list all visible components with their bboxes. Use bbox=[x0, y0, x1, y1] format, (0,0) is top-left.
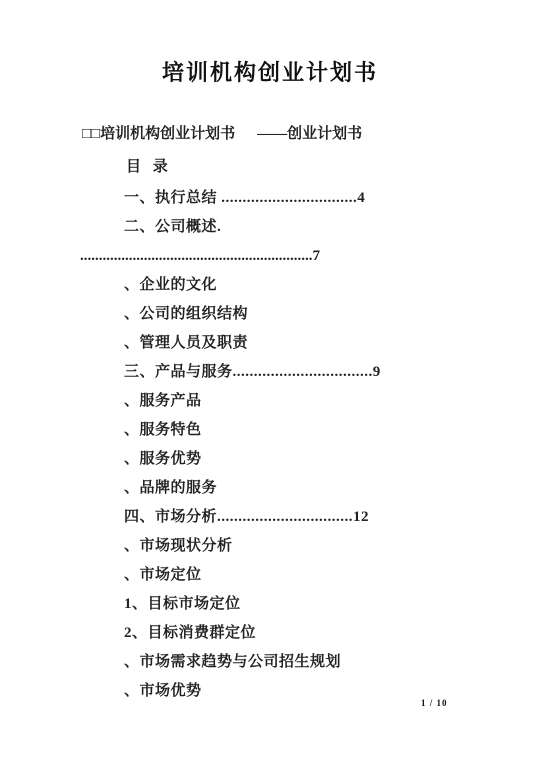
document-page: 培训机构创业计划书 □□培训机构创业计划书——创业计划书 目 录 一、执行总结 … bbox=[0, 0, 540, 762]
toc-line-market-status: 、市场现状分析 bbox=[124, 532, 540, 561]
toc-line-dots-7: ........................................… bbox=[80, 242, 540, 271]
toc-line-market-position: 、市场定位 bbox=[124, 561, 540, 590]
toc-line-service-advantage: 、服务优势 bbox=[124, 445, 540, 474]
toc-line-demand-trend: 、市场需求趋势与公司招生规划 bbox=[124, 648, 540, 677]
subtitle-right: ——创业计划书 bbox=[257, 126, 362, 142]
subtitle-left: □□培训机构创业计划书 bbox=[82, 126, 235, 142]
toc-line-management-duties: 、管理人员及职责 bbox=[124, 329, 540, 358]
toc-line-service-products: 、服务产品 bbox=[124, 387, 540, 416]
toc-line-service-features: 、服务特色 bbox=[124, 416, 540, 445]
table-of-contents: 一、执行总结 ................................4… bbox=[0, 184, 540, 706]
toc-line-company-culture: 、企业的文化 bbox=[124, 271, 540, 300]
toc-line-market-advantage: 、市场优势 bbox=[124, 677, 540, 706]
page-number: 1 / 10 bbox=[421, 698, 448, 708]
subtitle-line: □□培训机构创业计划书——创业计划书 bbox=[82, 124, 540, 144]
toc-line-brand-service: 、品牌的服务 bbox=[124, 474, 540, 503]
toc-line-exec-summary: 一、执行总结 ................................4 bbox=[124, 184, 540, 213]
toc-line-org-structure: 、公司的组织结构 bbox=[124, 300, 540, 329]
toc-line-target-market: 1、目标市场定位 bbox=[124, 590, 540, 619]
toc-line-company-overview: 二、公司概述. bbox=[124, 213, 540, 242]
toc-heading: 目 录 bbox=[126, 156, 540, 178]
toc-line-market-analysis: 四、市场分析................................12 bbox=[124, 503, 540, 532]
toc-line-products-services: 三、产品与服务.................................… bbox=[124, 358, 540, 387]
page-title: 培训机构创业计划书 bbox=[0, 0, 540, 88]
toc-line-target-consumers: 2、目标消费群定位 bbox=[124, 619, 540, 648]
